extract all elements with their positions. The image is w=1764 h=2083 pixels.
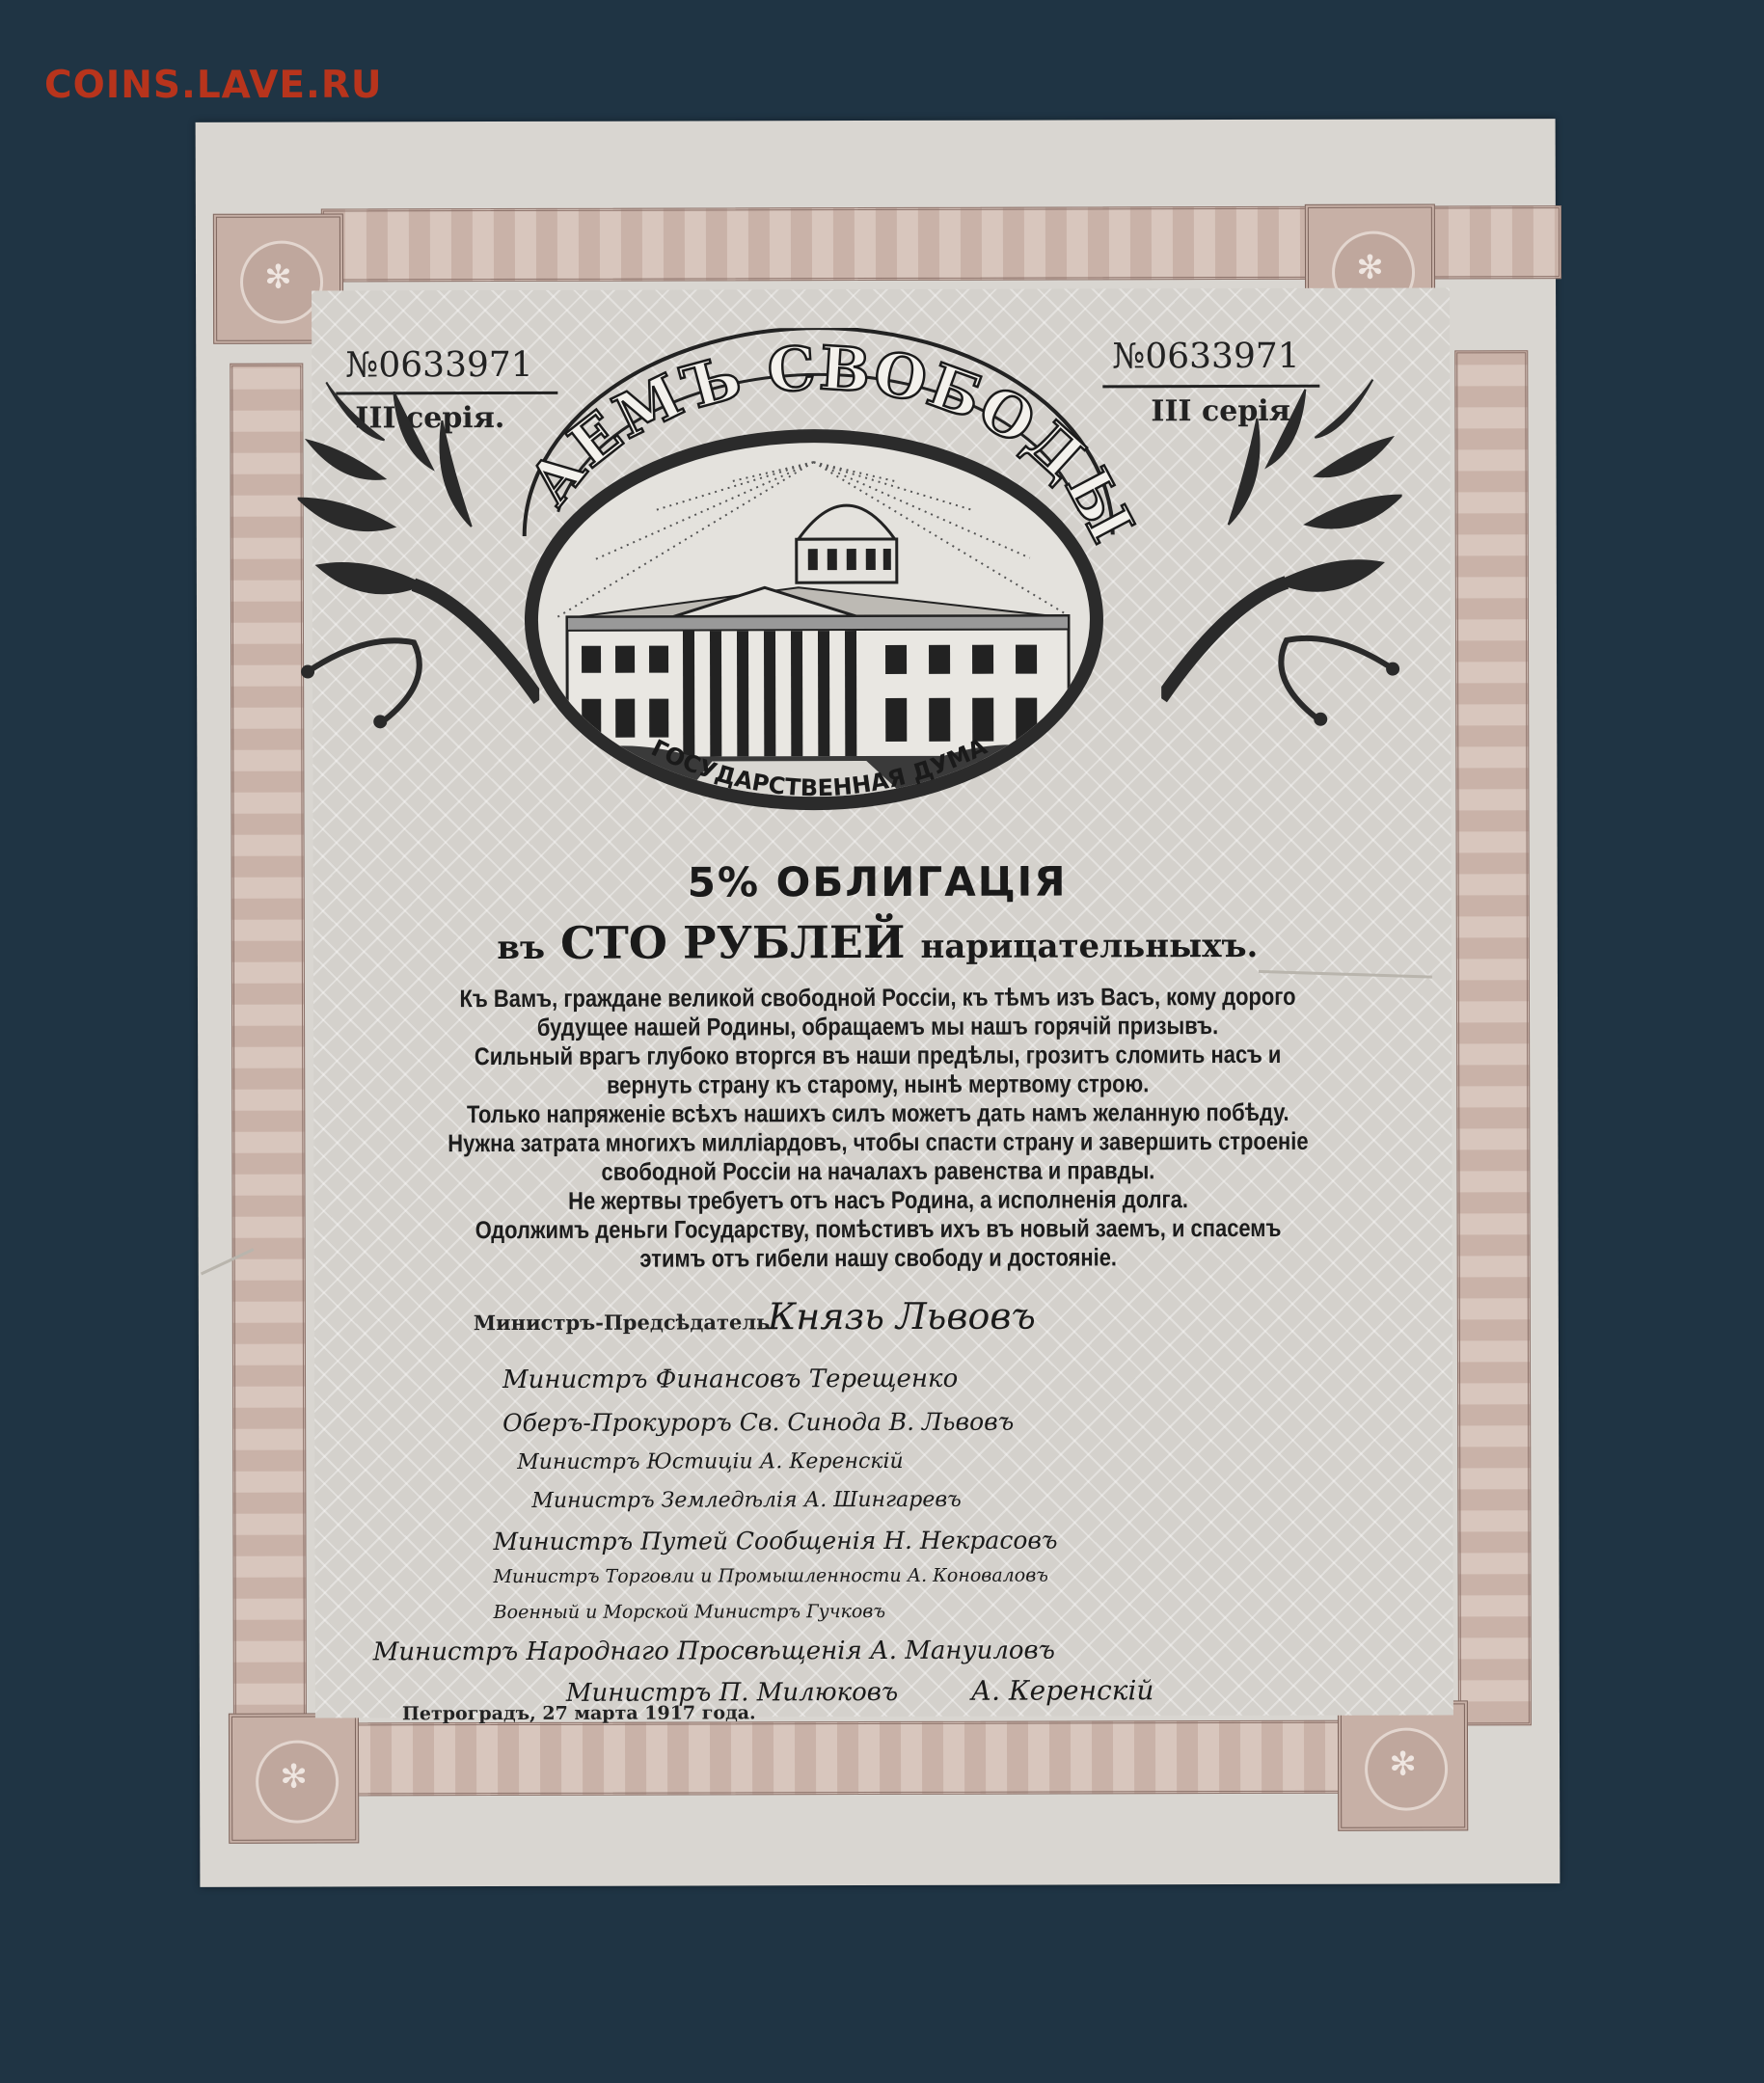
appeal-line: вернуть страну къ старому, нынѣ мертвому… [443,1069,1314,1100]
ornamental-border-bottom [325,1719,1450,1796]
signature: Министръ Путей Сообщенія Н. Некрасовъ [493,1527,1057,1556]
signature: Князь Львовъ [768,1295,1036,1339]
appeal-line: будущее нашей Родины, обращаемъ мы нашъ … [443,1012,1314,1042]
signature: А. Керенскій [971,1674,1154,1706]
svg-text:ЗАЕМЪ СВОБОДЫ: ЗАЕМЪ СВОБОДЫ [485,327,1137,556]
appeal-line: Только напряженіе всѣхъ нашихъ силъ може… [443,1098,1314,1129]
bond-document: №0633971 III серія. №0633971 III серія. [196,119,1560,1887]
denomination-amount: СТО РУБЛЕЙ [560,916,905,969]
duma-vignette: ЗАЕМЪ СВОБОДЫ ГОСУДАРСТВЕННАЯ ДУМА [485,327,1137,830]
bond-heading: 5% ОБЛИГАЦІЯ [198,856,1558,907]
denomination-prefix: въ [497,929,545,967]
denomination-suffix: нарицательныхъ. [920,927,1258,966]
signature: Оберъ-Прокуроръ Св. Синода В. Львовъ [502,1408,1014,1437]
corner-rosette-icon [1338,1700,1468,1830]
svg-text:ГОСУДАРСТВЕННАЯ ДУМА: ГОСУДАРСТВЕННАЯ ДУМА [647,733,991,802]
building-caption: ГОСУДАРСТВЕННАЯ ДУМА [647,733,991,802]
bond-title: ЗАЕМЪ СВОБОДЫ [485,327,1137,556]
denomination-line: въ СТО РУБЛЕЙ нарицательныхъ. [198,914,1558,970]
signature: Министръ Финансовъ Терещенко [502,1365,958,1394]
appeal-line: Сильный врагъ глубоко вторгся въ наши пр… [443,1041,1314,1071]
vignette-titles: ЗАЕМЪ СВОБОДЫ ГОСУДАРСТВЕННАЯ ДУМА [485,327,1137,830]
signature: Министръ Торговли и Промышленности А. Ко… [494,1565,1048,1588]
appeal-line: Не жертвы требуетъ отъ насъ Родина, а ис… [443,1185,1314,1216]
chairman-label: Министръ-Предсѣдатель [474,1310,771,1335]
signature: Министръ Юстиціи А. Керенскій [517,1449,903,1474]
signature: Министръ Земледѣлія А. Шингаревъ [531,1488,962,1513]
appeal-line: Нужна затрата многихъ милліардовъ, чтобы… [443,1127,1314,1158]
corner-rosette-icon [229,1713,359,1843]
appeal-line: Къ Вамъ, граждане великой свободной Росс… [442,983,1313,1014]
appeal-text: Къ Вамъ, граждане великой свободной Росс… [442,983,1314,1274]
signature: Военный и Морской Министръ Гучковъ [494,1601,885,1623]
site-watermark: COINS.LAVE.RU [44,64,383,107]
appeal-line: Одолжимъ деньги Государству, помѣстивъ и… [443,1214,1314,1245]
place-and-date: Петроградъ, 27 марта 1917 года. [402,1702,756,1724]
appeal-line: этимъ отъ гибели нашу свободу и достояні… [443,1243,1314,1274]
appeal-line: свободной Россіи на началахъ равенства и… [443,1156,1314,1187]
signature: Министръ Народнаго Просвѣщенія А. Мануил… [373,1637,1055,1667]
ornamental-border-left [230,364,307,1729]
ornamental-border-right [1454,350,1532,1725]
laurel-wreath-icon [1160,361,1402,728]
